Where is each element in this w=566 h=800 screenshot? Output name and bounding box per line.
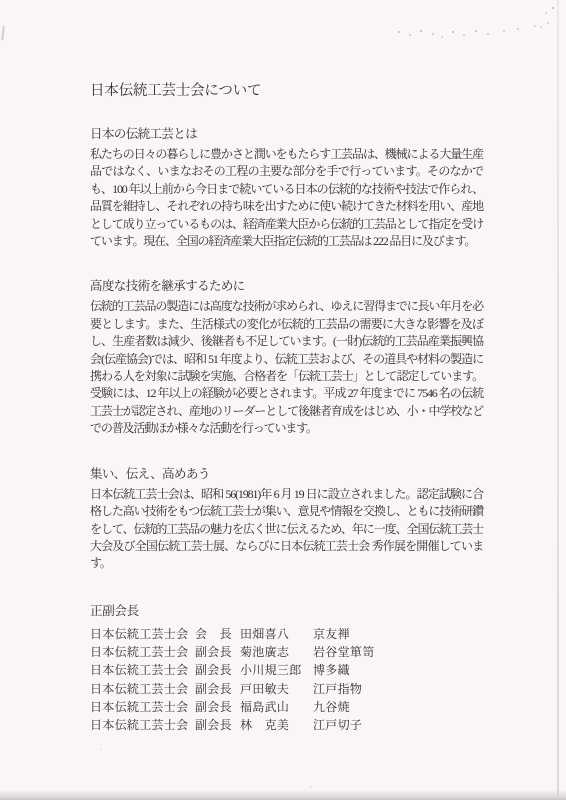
section-body: 私たちの日々の暮らしに豊かさと潤いをもたらす工芸品は、機械による大量生産品ではな… — [90, 146, 483, 250]
officer-name: 福島武山 — [240, 698, 313, 716]
scan-bottom-shadow — [0, 790, 566, 800]
scan-left-edge-mark — [1, 26, 4, 40]
officer-org: 日本伝統工芸士会 — [90, 716, 195, 734]
officers-list: 日本伝統工芸士会 会 長 田畑喜八 京友禅 日本伝統工芸士会 副会長 菊池廣志 … — [90, 625, 483, 735]
officer-row: 日本伝統工芸士会 会 長 田畑喜八 京友禅 — [90, 625, 483, 643]
officer-craft: 京友禅 — [313, 625, 350, 643]
officer-craft: 江戸指物 — [313, 680, 362, 698]
officers-heading: 正副会長 — [90, 603, 483, 620]
officer-org: 日本伝統工芸士会 — [90, 680, 195, 698]
officer-org: 日本伝統工芸士会 — [90, 661, 195, 679]
document-title: 日本伝統工芸士会について — [90, 82, 483, 100]
officer-role: 副会長 — [195, 698, 240, 716]
section-gather-convey-improve: 集い、伝え、高めあう 日本伝統工芸士会は、昭和 56(1981)年 6 月 19… — [90, 466, 483, 573]
document-content: 日本伝統工芸士会について 日本の伝統工芸とは 私たちの日々の暮らしに豊かさと潤い… — [90, 82, 483, 735]
officer-name: 菊池廣志 — [240, 643, 313, 661]
officer-row: 日本伝統工芸士会 副会長 戸田敏夫 江戸指物 — [90, 680, 483, 698]
scanned-document-page: 日本伝統工芸士会について 日本の伝統工芸とは 私たちの日々の暮らしに豊かさと潤い… — [0, 0, 566, 800]
officer-role: 副会長 — [195, 716, 240, 734]
officer-row: 日本伝統工芸士会 副会長 福島武山 九谷焼 — [90, 698, 483, 716]
section-what-is-traditional-craft: 日本の伝統工芸とは 私たちの日々の暮らしに豊かさと潤いをもたらす工芸品は、機械に… — [90, 126, 483, 250]
section-heading: 集い、伝え、高めあう — [90, 466, 483, 483]
officer-craft: 九谷焼 — [313, 698, 350, 716]
scan-right-edge-line — [557, 0, 559, 800]
officer-org: 日本伝統工芸士会 — [90, 625, 195, 643]
officer-name: 小川規三郎 — [240, 661, 313, 679]
officer-role: 副会長 — [195, 643, 240, 661]
officer-role: 副会長 — [195, 680, 240, 698]
section-heading: 高度な技術を継承するために — [90, 278, 483, 295]
section-succeeding-advanced-skills: 高度な技術を継承するために 伝統的工芸品の製造には高度な技術が求められ、ゆえに習… — [90, 278, 483, 437]
officer-craft: 岩谷堂箪笥 — [313, 643, 375, 661]
officer-role: 副会長 — [195, 661, 240, 679]
section-heading: 日本の伝統工芸とは — [90, 126, 483, 143]
officer-org: 日本伝統工芸士会 — [90, 643, 195, 661]
officer-name: 田畑喜八 — [240, 625, 313, 643]
officer-row: 日本伝統工芸士会 副会長 小川規三郎 博多織 — [90, 661, 483, 679]
section-body: 日本伝統工芸士会は、昭和 56(1981)年 6 月 19 日に設立されました。… — [90, 486, 483, 573]
officer-name: 林 克美 — [240, 716, 313, 734]
officer-name: 戸田敏夫 — [240, 680, 313, 698]
officer-craft: 博多織 — [313, 661, 350, 679]
officer-row: 日本伝統工芸士会 副会長 林 克美 江戸切子 — [90, 716, 483, 734]
section-officers: 正副会長 日本伝統工芸士会 会 長 田畑喜八 京友禅 日本伝統工芸士会 副会長 … — [90, 603, 483, 735]
scan-speckles — [0, 0, 2, 2]
officer-craft: 江戸切子 — [313, 716, 362, 734]
section-body: 伝統的工芸品の製造には高度な技術が求められ、ゆえに習得までに長い年月を必要としま… — [90, 298, 483, 437]
officer-role: 会 長 — [195, 625, 240, 643]
officer-org: 日本伝統工芸士会 — [90, 698, 195, 716]
officer-row: 日本伝統工芸士会 副会長 菊池廣志 岩谷堂箪笥 — [90, 643, 483, 661]
